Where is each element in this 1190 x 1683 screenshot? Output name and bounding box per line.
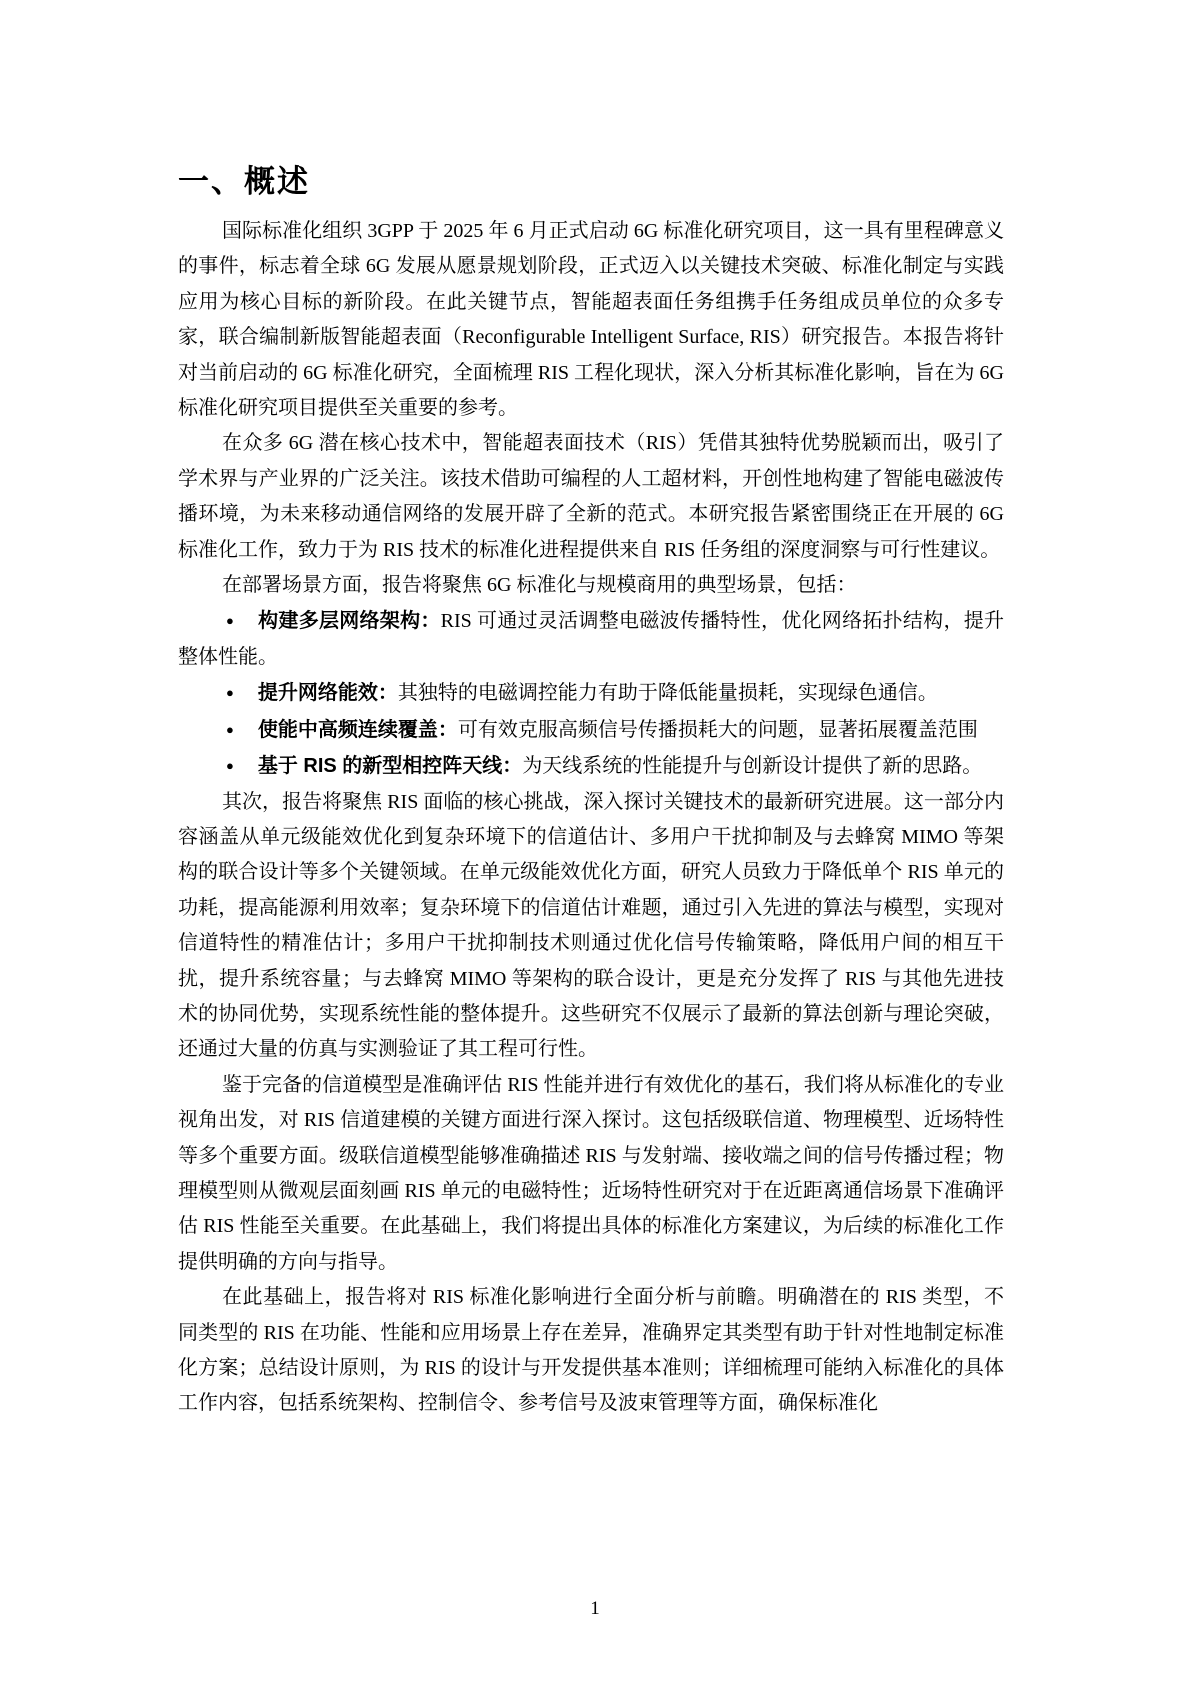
bullet-label: 提升网络能效： <box>258 682 398 704</box>
bullet-label: 构建多层网络架构： <box>258 610 441 632</box>
paragraph-channel-modeling: 鉴于完备的信道模型是准确评估 RIS 性能并进行有效优化的基石，我们将从标准化的… <box>178 1068 1004 1280</box>
bullet-icon: ● <box>226 758 234 773</box>
bullet-text: 其独特的电磁调控能力有助于降低能量损耗，实现绿色通信。 <box>398 682 938 704</box>
bullet-icon: ● <box>226 685 234 700</box>
bullet-text: 为天线系统的性能提升与创新设计提供了新的思路。 <box>522 755 982 777</box>
page-number: 1 <box>0 1598 1190 1620</box>
document-page: 一、概述 国际标准化组织 3GPP 于 2025 年 6 月正式启动 6G 标准… <box>0 0 1190 1683</box>
paragraph-overview-2: 在众多 6G 潜在核心技术中，智能超表面技术（RIS）凭借其独特优势脱颖而出，吸… <box>178 426 1004 568</box>
bullet-icon: ● <box>226 722 234 737</box>
paragraph-standardization-impact: 在此基础上，报告将对 RIS 标准化影响进行全面分析与前瞻。明确潜在的 RIS … <box>178 1280 1004 1422</box>
document-body: 一、概述 国际标准化组织 3GPP 于 2025 年 6 月正式启动 6G 标准… <box>178 160 1004 1422</box>
paragraph-scenarios-intro: 在部署场景方面，报告将聚焦 6G 标准化与规模商用的典型场景，包括： <box>178 568 1004 603</box>
bullet-text: 可有效克服高频信号传播损耗大的问题，显著拓展覆盖范围 <box>458 719 978 741</box>
bullet-item-mid-high-freq-coverage: ●使能中高频连续覆盖：可有效克服高频信号传播损耗大的问题，显著拓展覆盖范围 <box>178 712 1004 748</box>
bullet-item-energy-efficiency: ●提升网络能效：其独特的电磁调控能力有助于降低能量损耗，实现绿色通信。 <box>178 675 1004 711</box>
bullet-icon: ● <box>226 613 234 628</box>
bullet-label: 使能中高频连续覆盖： <box>258 719 458 741</box>
bullet-label: 基于 RIS 的新型相控阵天线： <box>258 755 522 777</box>
bullet-item-network-architecture: ●构建多层网络架构：RIS 可通过灵活调整电磁波传播特性，优化网络拓扑结构，提升… <box>178 603 1004 675</box>
section-heading: 一、概述 <box>178 160 1004 204</box>
paragraph-key-challenges: 其次，报告将聚焦 RIS 面临的核心挑战，深入探讨关键技术的最新研究进展。这一部… <box>178 785 1004 1068</box>
bullet-item-ris-phased-array: ●基于 RIS 的新型相控阵天线：为天线系统的性能提升与创新设计提供了新的思路。 <box>178 748 1004 784</box>
paragraph-overview-1: 国际标准化组织 3GPP 于 2025 年 6 月正式启动 6G 标准化研究项目… <box>178 214 1004 426</box>
